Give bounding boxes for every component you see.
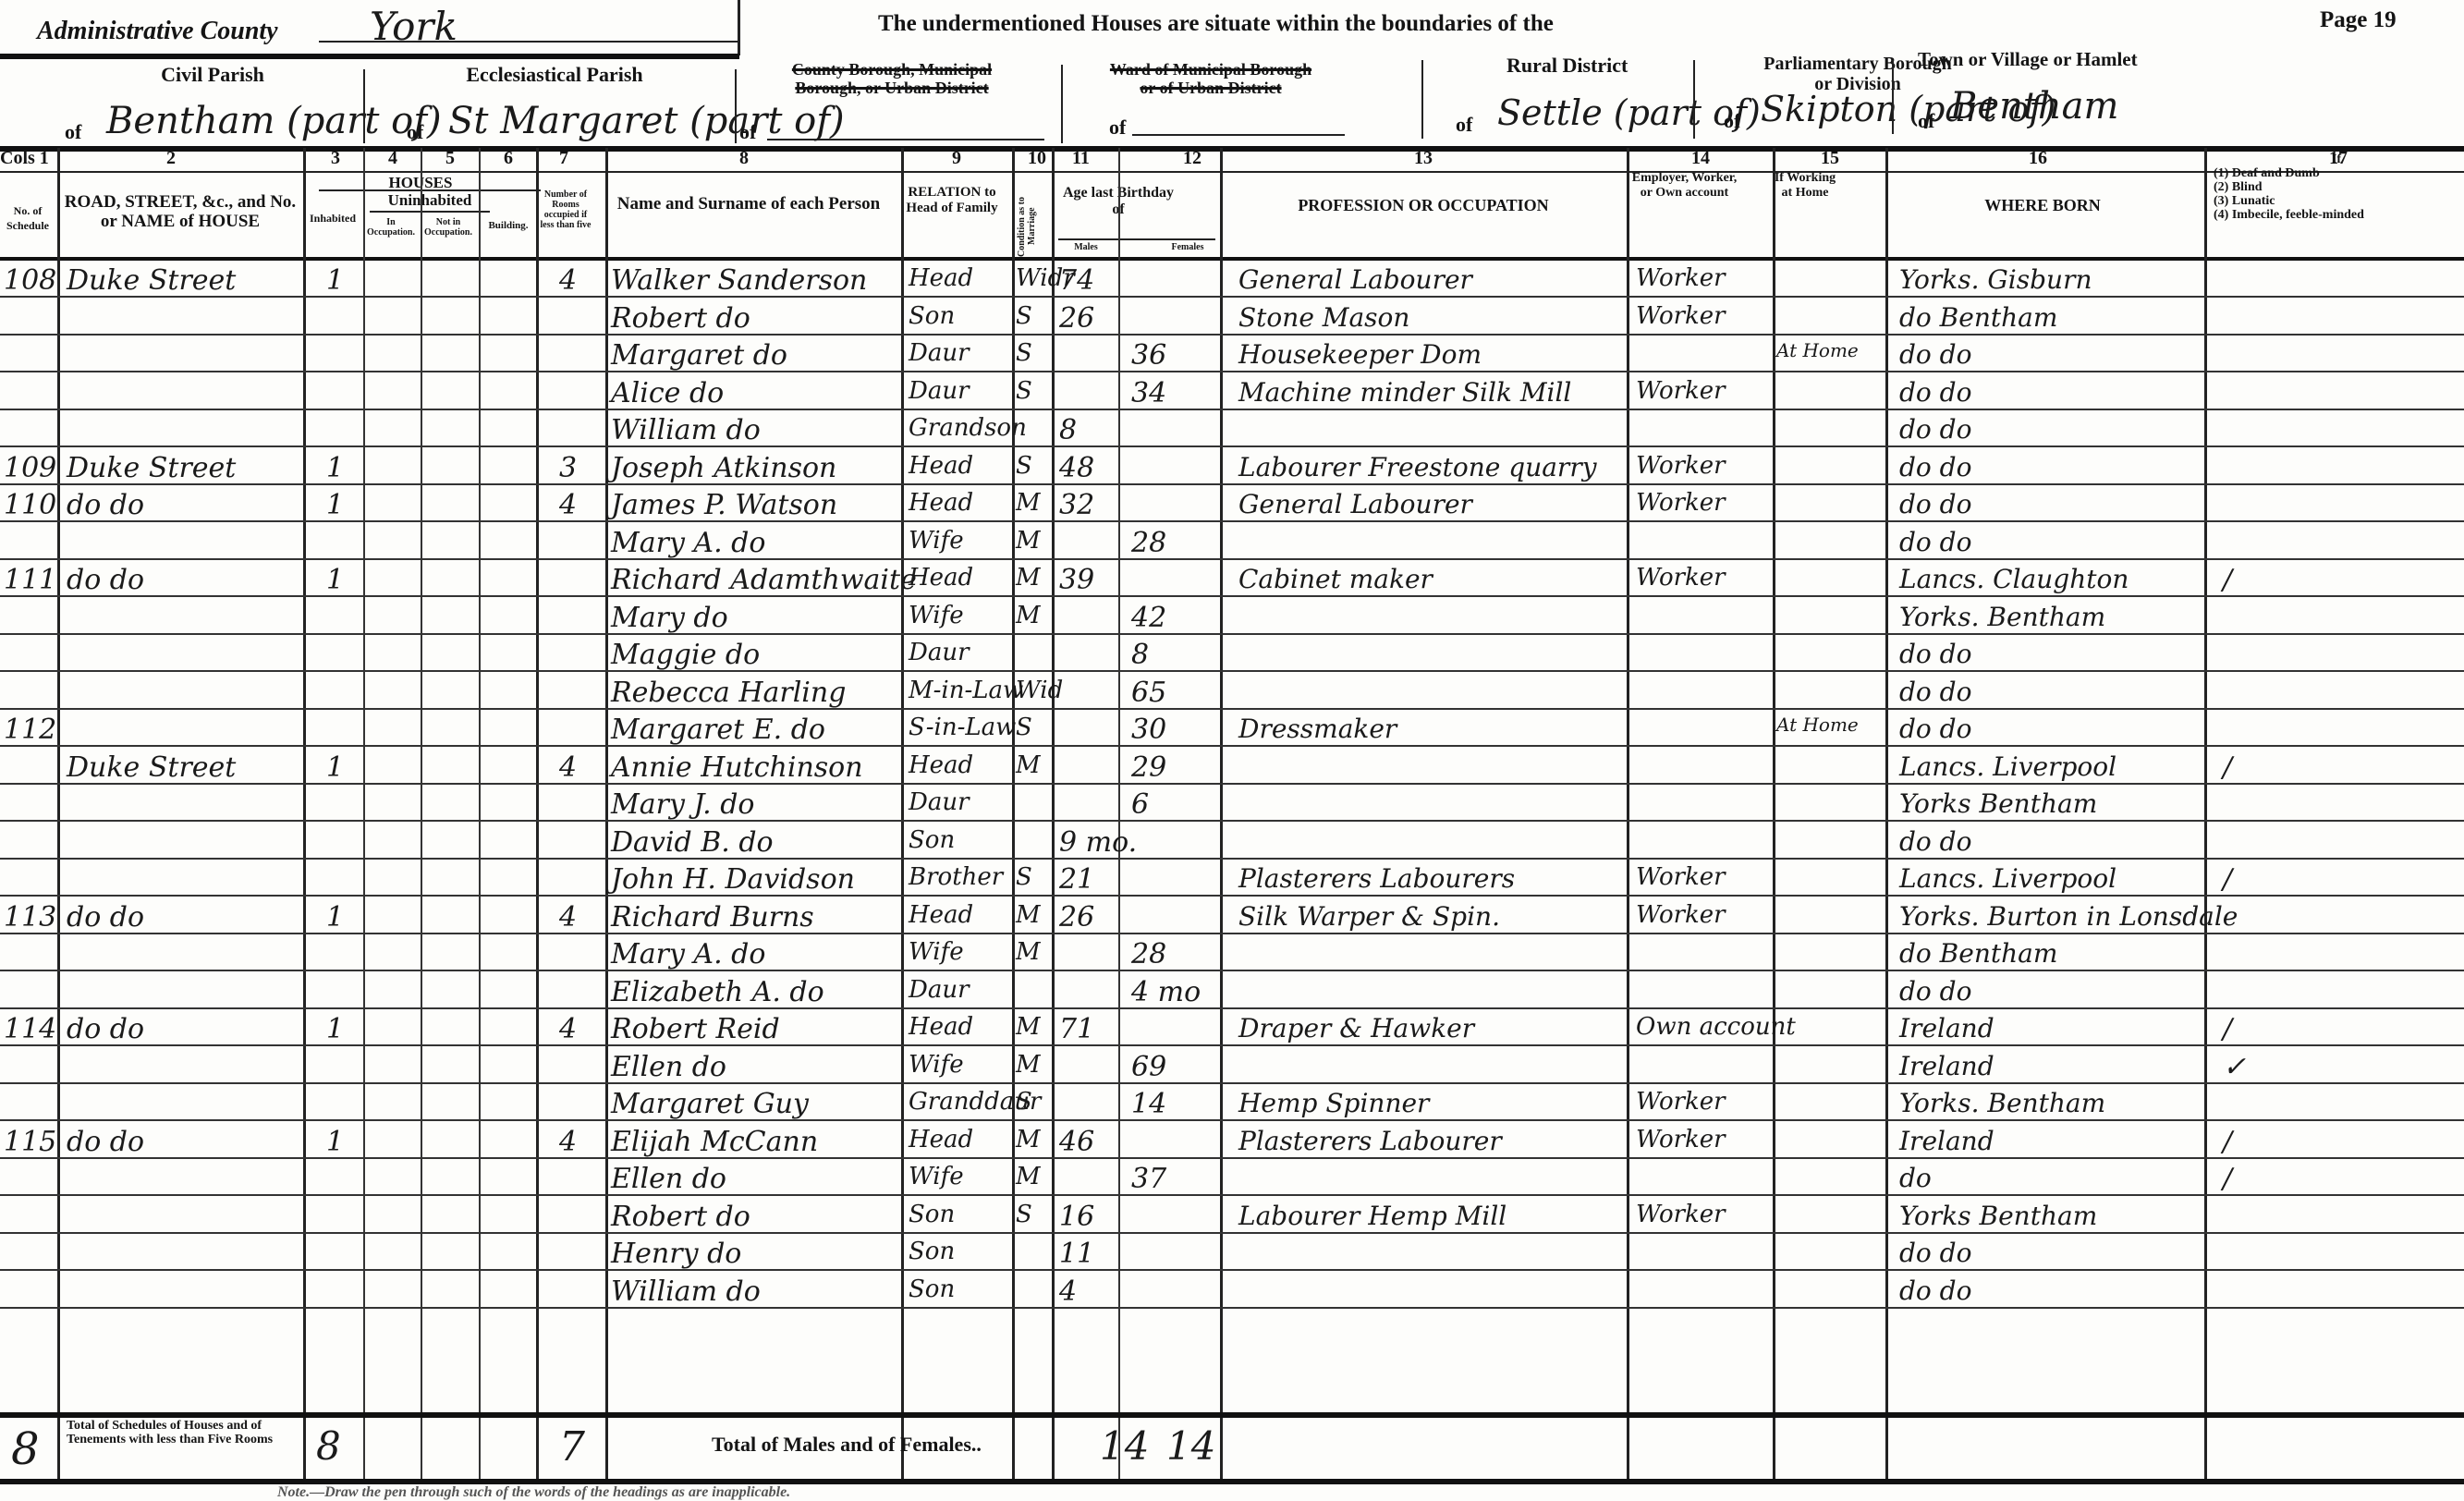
cell-employer: Own account [1636, 1013, 1796, 1041]
cell-inhabited: 1 [326, 751, 344, 784]
table-row: Mary J. doDaur6Yorks Bentham [0, 785, 2464, 822]
cell-female-age: 37 [1131, 1163, 1166, 1195]
cell-name: William do [611, 1275, 761, 1308]
cell-born: do do [1899, 377, 1971, 408]
cell-male-age: 4 [1059, 1275, 1077, 1308]
cell-road: do do [67, 1013, 144, 1045]
rural-district-value: Settle (part of) [1497, 92, 1761, 133]
table-row: 111do do1Richard AdamthwaiteHeadM39Cabin… [0, 560, 2464, 597]
table-row: Mary doWifeM42Yorks. Bentham [0, 598, 2464, 635]
cell-name: Richard Adamthwaite [611, 564, 917, 596]
total-females-value: 14 [1166, 1423, 1215, 1469]
cell-employer: Worker [1636, 1088, 1726, 1116]
cell-occupation: Labourer Freestone quarry [1238, 452, 1597, 482]
cell-female-age: 8 [1131, 639, 1149, 671]
cell-relation: S-in-Law [909, 714, 1016, 741]
cell-name: Elizabeth A. do [611, 976, 824, 1008]
table-row: Elizabeth A. doDaur4 modo do [0, 972, 2464, 1009]
cell-born: Yorks. Bentham [1899, 1088, 2105, 1118]
col-working-home-header: If Working at Home [1773, 171, 1837, 201]
cell-schedule: 108 [4, 264, 56, 297]
column-number: 12 [1183, 148, 1202, 169]
cell-occupation: Plasterers Labourer [1238, 1126, 1502, 1156]
cell-occupation: Hemp Spinner [1238, 1088, 1429, 1118]
cell-born: do do [1899, 639, 1971, 669]
cell-relation: Brother [909, 863, 1003, 891]
col-where-born-header: WHERE BORN [1885, 196, 2200, 215]
cell-male-age: 71 [1059, 1013, 1094, 1045]
cell-female-age: 30 [1131, 714, 1166, 746]
cell-name: Mary J. do [611, 788, 754, 821]
cell-name: Robert do [611, 302, 750, 335]
cell-road: Duke Street [67, 264, 236, 297]
cell-male-age: 8 [1059, 414, 1077, 446]
cell-born: do do [1899, 714, 1971, 744]
cell-occupation: General Labourer [1238, 489, 1472, 519]
cell-infirmity: / [2223, 751, 2232, 784]
table-row: Margaret GuyGranddaurS14Hemp SpinnerWork… [0, 1084, 2464, 1121]
cell-born: do Bentham [1899, 302, 2057, 333]
cell-name: Margaret E. do [611, 714, 825, 746]
cell-female-age: 42 [1131, 602, 1166, 634]
cell-name: Ellen do [611, 1163, 726, 1195]
table-row: Robert doSonS26Stone MasonWorkerdo Benth… [0, 299, 2464, 336]
cell-born: do do [1899, 677, 1971, 707]
cell-schedule: 114 [4, 1013, 56, 1045]
table-row: Mary A. doWifeM28do Bentham [0, 934, 2464, 971]
table-row: John H. DavidsonBrotherS21Plasterers Lab… [0, 860, 2464, 897]
cell-relation: Head [909, 751, 973, 779]
cell-infirmity: / [2223, 1013, 2232, 1045]
cell-road: do do [67, 564, 144, 596]
cell-road: do do [67, 1126, 144, 1158]
cell-female-age: 65 [1131, 677, 1166, 709]
cell-born: Lancs. Liverpool [1899, 751, 2116, 782]
cell-condition: M [1016, 751, 1041, 779]
cell-occupation: Cabinet maker [1238, 564, 1433, 594]
cell-occupation: Labourer Hemp Mill [1238, 1201, 1506, 1231]
ward-label: Ward of Municipal Boroughor of Urban Dis… [1072, 60, 1349, 97]
cell-inhabited: 1 [326, 489, 344, 521]
cell-name: John H. Davidson [611, 863, 855, 896]
column-number: 15 [1821, 148, 1839, 169]
column-number: 16 [2029, 148, 2047, 169]
cell-female-age: 28 [1131, 938, 1166, 970]
cell-relation: M-in-Law [909, 677, 1023, 704]
column-number: Cols 1 [0, 148, 49, 169]
cell-male-age: 39 [1059, 564, 1094, 596]
cell-occupation: Draper & Hawker [1238, 1013, 1474, 1043]
cell-born: Yorks. Gisburn [1899, 264, 2092, 295]
cell-male-age: 21 [1059, 863, 1094, 896]
cell-employer: Worker [1636, 564, 1726, 592]
cell-relation: Son [909, 826, 955, 854]
cell-condition: S [1016, 377, 1032, 405]
cell-condition: S [1016, 452, 1032, 480]
civil-parish-value: Bentham (part of) [106, 100, 442, 142]
cell-employer: Worker [1636, 377, 1726, 405]
county-borough-label: County Borough, MunicipalBorough, or Urb… [739, 60, 1044, 97]
cell-occupation: Housekeeper Dom [1238, 339, 1482, 370]
column-number: 3 [331, 148, 340, 169]
col-males-header: Males [1058, 242, 1114, 252]
cell-rooms: 4 [559, 901, 577, 934]
table-row: 115do do14Elijah McCannHeadM46Plasterers… [0, 1122, 2464, 1159]
cell-name: William do [611, 414, 761, 446]
cell-name: Joseph Atkinson [611, 452, 836, 484]
eccl-parish-label: Ecclesiastical Parish [370, 65, 739, 84]
table-row: Maggie doDaur8do do [0, 635, 2464, 672]
cell-relation: Head [909, 1013, 973, 1041]
cell-name: Alice do [611, 377, 724, 409]
cell-born: Ireland [1899, 1051, 1994, 1081]
cell-born: Yorks Bentham [1899, 788, 2097, 819]
table-row: 110do do14James P. WatsonHeadM32General … [0, 485, 2464, 522]
cell-born: do do [1899, 527, 1971, 557]
cell-relation: Head [909, 264, 973, 292]
cell-born: Yorks. Burton in Lonsdale [1899, 901, 2238, 932]
cell-female-age: 69 [1131, 1051, 1166, 1083]
cell-name: Ellen do [611, 1051, 726, 1083]
table-row: Margaret doDaurS36Housekeeper DomAt Home… [0, 336, 2464, 372]
town-label: Town or Village or Hamlet [1918, 48, 2138, 71]
column-number: 7 [559, 148, 568, 169]
cell-born: Yorks. Bentham [1899, 602, 2105, 632]
cell-relation: Son [909, 1201, 955, 1228]
cell-name: Walker Sanderson [611, 264, 867, 297]
table-row: Ellen doWifeM37do/ [0, 1159, 2464, 1196]
cell-rooms: 4 [559, 489, 577, 521]
cell-relation: Son [909, 1238, 955, 1265]
cell-name: Elijah McCann [611, 1126, 818, 1158]
cell-name: Maggie do [611, 639, 760, 671]
cell-relation: Wife [909, 602, 964, 629]
cell-condition: M [1016, 564, 1041, 592]
cell-female-age: 14 [1131, 1088, 1166, 1120]
cell-schedule: 111 [4, 564, 56, 596]
cell-born: do do [1899, 1275, 1971, 1306]
cell-name: David B. do [611, 826, 774, 859]
cell-condition: M [1016, 1051, 1041, 1079]
cell-rooms: 4 [559, 1126, 577, 1158]
cell-relation: Wife [909, 1163, 964, 1190]
total-schedules-label: Total of Schedules of Houses and of Tene… [67, 1419, 288, 1446]
cell-name: Henry do [611, 1238, 741, 1270]
cell-born: Lancs. Liverpool [1899, 863, 2116, 894]
cell-infirmity: ✓ [2223, 1051, 2246, 1083]
cell-female-age: 6 [1131, 788, 1149, 821]
col-in-occupation-header: In Occupation. [363, 217, 419, 238]
cell-relation: Head [909, 564, 973, 592]
cell-name: Mary A. do [611, 938, 765, 970]
total-males-females-label: Total of Males and of Females.. [712, 1433, 982, 1457]
cell-inhabited: 1 [326, 1126, 344, 1158]
col-building-header: Building. [481, 220, 536, 231]
total-males-value: 14 [1100, 1423, 1149, 1469]
column-number: 6 [504, 148, 513, 169]
cell-born: do do [1899, 976, 1971, 1007]
cell-condition: M [1016, 1013, 1041, 1041]
cell-rooms: 4 [559, 264, 577, 297]
cell-schedule: 112 [4, 714, 56, 746]
cell-name: Margaret do [611, 339, 787, 372]
cell-condition: M [1016, 527, 1041, 555]
cell-condition: M [1016, 602, 1041, 629]
table-row: 109Duke Street13Joseph AtkinsonHeadS48La… [0, 448, 2464, 485]
table-row: Ellen doWifeM69Ireland✓ [0, 1047, 2464, 1084]
cell-name: James P. Watson [611, 489, 837, 521]
cell-infirmity: / [2223, 564, 2232, 596]
table-row: William doSon4do do [0, 1272, 2464, 1309]
cell-relation: Wife [909, 527, 964, 555]
cell-road: do do [67, 489, 144, 521]
census-page: Administrative County York The underment… [0, 0, 2464, 1501]
cell-condition: M [1016, 1163, 1041, 1190]
cell-condition: Wid [1016, 677, 1063, 704]
col-inhabited-header: Inhabited [305, 211, 360, 226]
table-row: 113do do14Richard BurnsHeadM26Silk Warpe… [0, 897, 2464, 934]
cell-employer: Worker [1636, 452, 1726, 480]
cell-born: do do [1899, 826, 1971, 857]
col-uninhabited-header: Uninhabited [365, 191, 494, 210]
cell-inhabited: 1 [326, 1013, 344, 1045]
cell-road: Duke Street [67, 751, 236, 784]
cell-born: do Bentham [1899, 938, 2057, 969]
cell-male-age: 26 [1059, 901, 1094, 934]
cell-home: At Home [1776, 339, 1859, 361]
column-number: 13 [1414, 148, 1433, 169]
cell-condition: S [1016, 1088, 1032, 1116]
cell-occupation: Dressmaker [1238, 714, 1397, 744]
column-number: 9 [952, 148, 961, 169]
cell-name: Annie Hutchinson [611, 751, 863, 784]
cell-infirmity: / [2223, 863, 2232, 896]
cell-inhabited: 1 [326, 452, 344, 484]
col-name-header: Name and Surname of each Person [610, 194, 887, 214]
cell-condition: M [1016, 901, 1041, 929]
table-row: Rebecca HarlingM-in-LawWid65do do [0, 673, 2464, 710]
cell-female-age: 36 [1131, 339, 1166, 372]
cell-born: do [1899, 1163, 1932, 1193]
cell-rooms: 4 [559, 751, 577, 784]
cell-relation: Daur [909, 976, 970, 1004]
col-employer-header: Employer, Worker, or Own account [1627, 171, 1742, 201]
cell-condition: S [1016, 302, 1032, 330]
page-number: Page 19 [2320, 7, 2397, 33]
cell-male-age: 9 mo. [1059, 826, 1137, 859]
cell-employer: Worker [1636, 302, 1726, 330]
cell-male-age: 26 [1059, 302, 1094, 335]
cell-name: Mary A. do [611, 527, 765, 559]
column-number: 2 [166, 148, 176, 169]
cell-born: do do [1899, 414, 1971, 445]
cell-road: do do [67, 901, 144, 934]
eccl-parish-value: St Margaret (part of) [448, 100, 845, 142]
cell-born: do do [1899, 489, 1971, 519]
cell-condition: M [1016, 938, 1041, 966]
cell-rooms: 4 [559, 1013, 577, 1045]
admin-county-label: Administrative County [37, 17, 278, 46]
cell-relation: Head [909, 489, 973, 517]
cell-male-age: 11 [1059, 1238, 1094, 1270]
cell-relation: Grandson [909, 414, 1027, 442]
cell-name: Margaret Guy [611, 1088, 809, 1120]
cell-employer: Worker [1636, 1126, 1726, 1153]
cell-infirmity: / [2223, 1163, 2232, 1195]
cell-condition: S [1016, 714, 1032, 741]
cell-male-age: 46 [1059, 1126, 1094, 1158]
cell-occupation: Machine minder Silk Mill [1238, 377, 1571, 408]
column-number: 4 [388, 148, 397, 169]
table-row: William doGrandson8do do [0, 410, 2464, 447]
table-row: Henry doSon11do do [0, 1234, 2464, 1271]
cell-born: do do [1899, 339, 1971, 370]
col-schedule-header: No. of Schedule [0, 203, 55, 233]
cell-condition: S [1016, 339, 1032, 367]
cell-name: Robert Reid [611, 1013, 780, 1045]
cell-relation: Head [909, 1126, 973, 1153]
rural-district-label: Rural District [1506, 54, 1628, 78]
col-occupation-header: PROFESSION OR OCCUPATION [1220, 196, 1627, 215]
cell-male-age: 32 [1059, 489, 1094, 521]
table-row: 108Duke Street14Walker SandersonHeadWidr… [0, 261, 2464, 298]
cell-employer: Worker [1636, 863, 1726, 891]
cell-home: At Home [1776, 714, 1859, 736]
cell-condition: M [1016, 1126, 1041, 1153]
title-line: The undermentioned Houses are situate wi… [878, 11, 1554, 37]
col-relation-header: RELATION to Head of Family [901, 185, 1003, 216]
cell-relation: Son [909, 1275, 955, 1303]
cell-schedule: 109 [4, 452, 56, 484]
total-schedules-value: 8 [11, 1423, 40, 1475]
col-not-in-occupation-header: Not in Occupation. [421, 217, 476, 238]
cell-occupation: Silk Warper & Spin. [1238, 901, 1500, 932]
table-row: Robert doSonS16Labourer Hemp MillWorkerY… [0, 1197, 2464, 1234]
column-number: 10 [1028, 148, 1046, 169]
civil-parish-label: Civil Parish [74, 65, 351, 84]
cell-relation: Wife [909, 938, 964, 966]
cell-inhabited: 1 [326, 564, 344, 596]
cell-born: Lancs. Claughton [1899, 564, 2129, 594]
cell-schedule: 115 [4, 1126, 56, 1158]
cell-schedule: 110 [4, 489, 56, 521]
col-infirmity-header: (1) Deaf and Dumb (2) Blind (3) Lunatic … [2214, 166, 2463, 222]
cell-relation: Son [909, 302, 955, 330]
column-number: 14 [1691, 148, 1710, 169]
cell-condition: S [1016, 863, 1032, 891]
col-females-header: Females [1160, 242, 1215, 252]
cell-inhabited: 1 [326, 901, 344, 934]
footer-note: Note.—Draw the pen through such of the w… [277, 1484, 790, 1501]
cell-born: Ireland [1899, 1126, 1994, 1156]
cell-occupation: Plasterers Labourers [1238, 863, 1515, 894]
cell-male-age: 16 [1059, 1201, 1094, 1233]
cell-schedule: 113 [4, 901, 56, 934]
cell-born: do do [1899, 1238, 1971, 1268]
town-value: Bentham [1950, 85, 2118, 128]
cell-employer: Worker [1636, 264, 1726, 292]
cell-condition: S [1016, 1201, 1032, 1228]
cell-female-age: 4 mo [1131, 976, 1201, 1008]
table-row: 112Margaret E. doS-in-LawS30DressmakerAt… [0, 710, 2464, 747]
cell-female-age: 34 [1131, 377, 1166, 409]
cell-employer: Worker [1636, 489, 1726, 517]
cell-occupation: General Labourer [1238, 264, 1472, 295]
cell-male-age: 74 [1059, 264, 1094, 297]
cell-name: Mary do [611, 602, 728, 634]
cell-employer: Worker [1636, 901, 1726, 929]
table-row: Duke Street14Annie HutchinsonHeadM29Lanc… [0, 748, 2464, 785]
table-row: 114do do14Robert ReidHeadM71Draper & Haw… [0, 1009, 2464, 1046]
cell-born: do do [1899, 452, 1971, 482]
table-row: David B. doSon9 mo.do do [0, 823, 2464, 860]
column-number: 8 [739, 148, 749, 169]
cell-name: Robert do [611, 1201, 750, 1233]
cell-inhabited: 1 [326, 264, 344, 297]
cell-relation: Daur [909, 339, 970, 367]
cell-relation: Daur [909, 788, 970, 816]
total-inhabited-value: 8 [316, 1423, 341, 1469]
cell-occupation: Stone Mason [1238, 302, 1409, 333]
table-row: Mary A. doWifeM28do do [0, 523, 2464, 560]
cell-condition: M [1016, 489, 1041, 517]
cell-female-age: 28 [1131, 527, 1166, 559]
cell-female-age: 29 [1131, 751, 1166, 784]
cell-name: Rebecca Harling [611, 677, 846, 709]
cell-infirmity: / [2223, 1126, 2232, 1158]
cell-relation: Daur [909, 377, 970, 405]
cell-employer: Worker [1636, 1201, 1726, 1228]
column-number: 5 [445, 148, 455, 169]
cell-born: Ireland [1899, 1013, 1994, 1043]
cell-rooms: 3 [559, 452, 577, 484]
cell-relation: Head [909, 452, 973, 480]
col-rooms-header: Number of Rooms occupied if less than fi… [538, 189, 593, 230]
cell-male-age: 48 [1059, 452, 1094, 484]
cell-born: Yorks Bentham [1899, 1201, 2097, 1231]
table-row: Alice doDaurS34Machine minder Silk MillW… [0, 373, 2464, 410]
total-rooms-value: 7 [559, 1423, 585, 1470]
cell-relation: Daur [909, 639, 970, 666]
col-road-header: ROAD, STREET, &c., and No. or NAME of HO… [60, 192, 300, 231]
cell-relation: Head [909, 901, 973, 929]
cell-name: Richard Burns [611, 901, 814, 934]
cell-road: Duke Street [67, 452, 236, 484]
cell-relation: Wife [909, 1051, 964, 1079]
column-number: 11 [1072, 148, 1090, 169]
